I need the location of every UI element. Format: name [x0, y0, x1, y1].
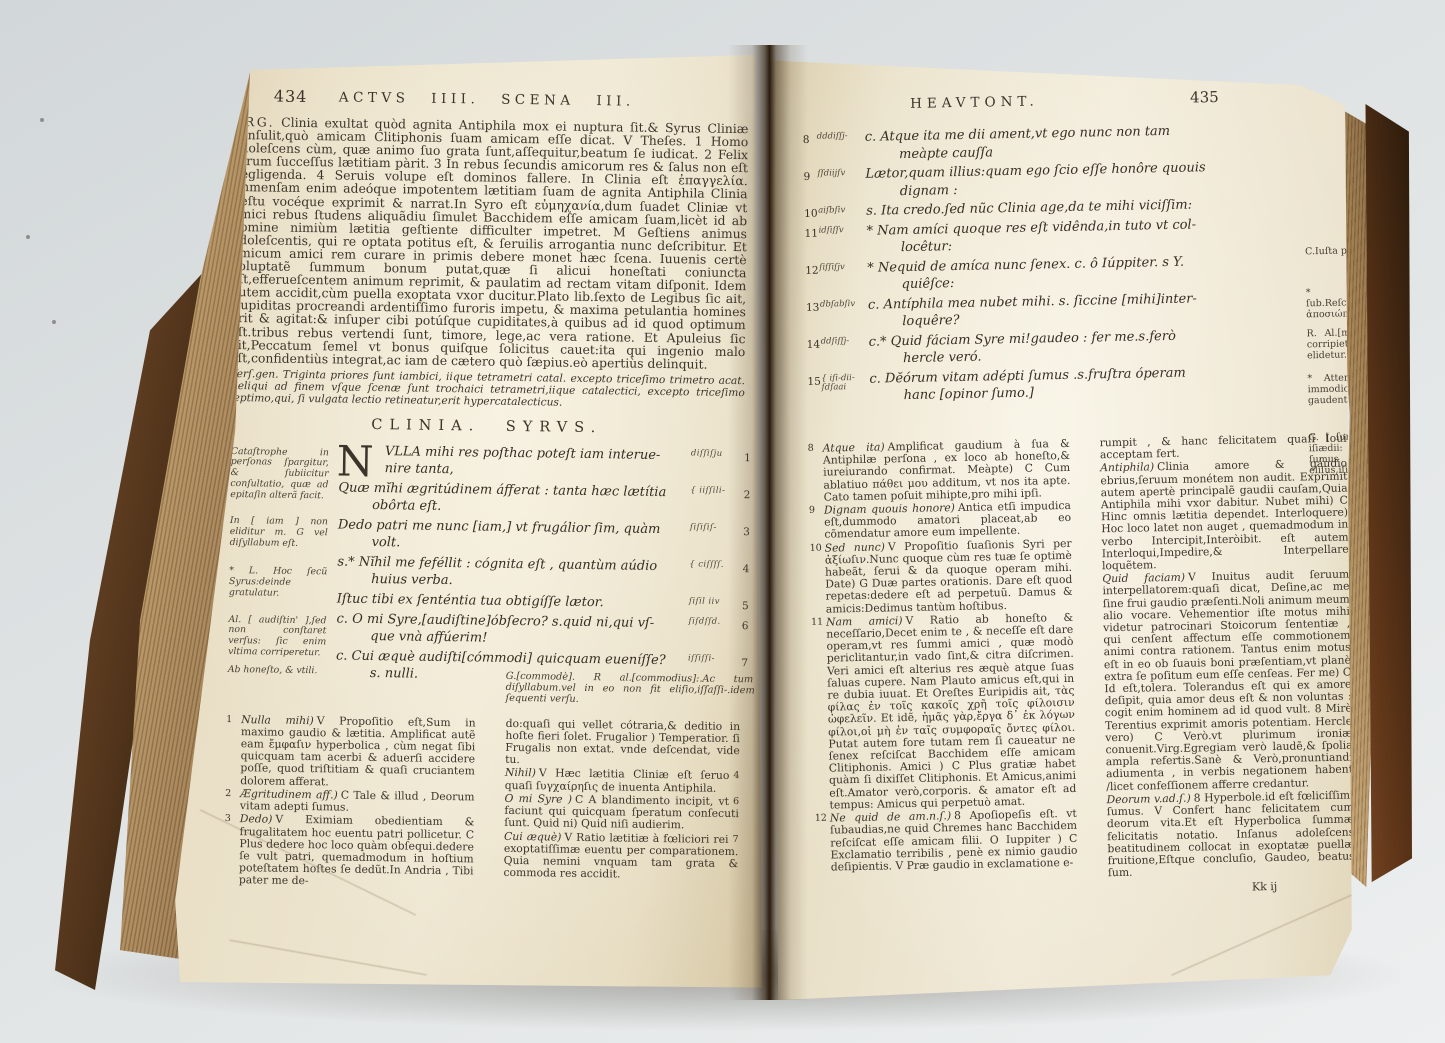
verse-line: 9 ſſdiijſv Lætor,quam illius:quam ego ſc…: [865, 158, 1246, 200]
left-running-header: 434 ACTVS IIII. SCENA III.: [234, 86, 749, 117]
verse-number: 14: [807, 336, 821, 354]
entry-text: do:quaſi qui vellet cótraria,& deditio i…: [505, 717, 740, 767]
verse-line: 13 dbſabſiv c. Antíphila mea nubet mihi.…: [868, 289, 1249, 331]
left-commentary: 1Nulla mihi)V Propoſitio eſt,Sum in maxi…: [223, 714, 740, 895]
entry-text: Clinia amore & gáudio ebrius,ſeruum moné…: [1100, 457, 1349, 572]
left-verse-block: Cataſtrophe in perſonas ſpargitur, & ſub…: [225, 441, 744, 708]
verse-line: 11 idſiſſv * Nam amíci quoque res eſt vi…: [866, 215, 1247, 257]
left-header-title: ACTVS IIII. SCENA III.: [339, 89, 635, 109]
verse-line: Dedo patri me nunc [iam,] vt frugálior ſ…: [338, 516, 686, 555]
left-commentary-column-2: do:quaſi qui vellet cótraria,& deditio i…: [487, 717, 740, 894]
argument-text: Clinia exultat quòd agnita Antiphila mox…: [230, 115, 748, 372]
right-header-title: HEAVTONT.: [910, 93, 1039, 111]
left-page-content: 434 ACTVS IIII. SCENA III. ARG.Clinia ex…: [223, 86, 749, 895]
entry-text: V Eximiam obedientiam & frugalitatem hoc…: [239, 813, 475, 887]
versification-note: Verſ.gen. Triginta priores ſunt iambici,…: [230, 368, 745, 411]
commentary-entry: Deorum v.ad.ſ.)8 Hyperbole.id eſt fœlici…: [1106, 789, 1355, 879]
verse-line: 14 ddſiſſj- c.* Quid fáciam Syre mi!gaud…: [869, 326, 1250, 368]
verse-text: Iſtuc tibi ex ſenténtia tua obtigíſſe læ…: [337, 590, 685, 612]
right-verse-block: 8 dddiſſj- c. Atque ita me dii ament,vt …: [865, 121, 1251, 428]
verse-line: s.* Nĭhil me feféllit : cógnita eſt , qu…: [337, 553, 685, 592]
entry-text: V Inuitus audit ſeruum interpellatorem:q…: [1102, 568, 1353, 793]
commentary-entry: Nihil)4V Hæc lætitia Cliniæ eſt ſeruo qu…: [505, 767, 740, 795]
commentary-entry: 10Sed nunc)V Propoſitio ſuaſionis Syri p…: [825, 537, 1073, 615]
right-commentary-column-2: rumpit , & hanc felicitatem quaſi Ioui a…: [1084, 433, 1355, 881]
verse-line: c. O mi Syre,[audiſtine]óbſecro? s.quid …: [336, 610, 684, 649]
verse-number: 15: [807, 373, 821, 391]
entry-text: V Propoſitio eſt,Sum in maximo gaudio & …: [240, 714, 475, 788]
dust-speck: [52, 320, 56, 324]
margin-note: * L. Hoc ſecũ Syrus:deinde gratulatur.: [229, 566, 327, 599]
scansion-marks: ſiſſiſjv: [819, 262, 863, 272]
right-verses: 8 dddiſſj- c. Atque ita me dii ament,vt …: [865, 121, 1250, 405]
entry-number: 10: [810, 542, 822, 554]
scansion-marks: ddſiſſj-: [821, 336, 865, 346]
scansion-marks: dddiſſj-: [817, 132, 861, 142]
scansion-marks: { iſi-dii- ſdſaai: [821, 373, 865, 392]
scansion-marks: ſſdiijſv: [817, 169, 861, 179]
left-commentary-column-1: 1Nulla mihi)V Propoſitio eſt,Sum in maxi…: [223, 714, 476, 891]
left-margin-notes: Cataſtrophe in perſonas ſpargitur, & ſub…: [228, 445, 329, 678]
entry-number: 11: [811, 616, 823, 628]
scansion-marks: idſiſſv: [818, 225, 862, 235]
scansion-marks: aiſbſiv: [818, 206, 862, 216]
page-crease: [229, 940, 426, 976]
commentary-entry: 9Dignam quouis honore)Antica etſi impudi…: [824, 500, 1072, 541]
entry-number: 9: [809, 505, 815, 517]
commentary-entry: 3Dedo)V Eximiam obedientiam & frugalitat…: [239, 813, 474, 889]
scene-heading: CLINIA. SYRVS.: [229, 415, 744, 438]
right-running-header: HEAVTONT. 435: [800, 88, 1340, 122]
left-page: 434 ACTVS IIII. SCENA III. ARG.Clinia ex…: [168, 52, 768, 1000]
dust-speck: [26, 235, 30, 239]
entry-number: 2: [225, 788, 231, 800]
verse-line: 8 dddiſſj- c. Atque ita me dii ament,vt …: [865, 121, 1246, 163]
commentary-entry: do:quaſi qui vellet cótraria,& deditio i…: [505, 718, 740, 770]
commentary-entry: Cui æquè)7V Ratio lætitiæ à fœliciori re…: [503, 830, 738, 882]
margin-note: In [ iam ] non eliditur m. G vel diſylla…: [230, 516, 328, 549]
verse-line: c. Cui æquè audiſti[cómmodi] quicquam eu…: [336, 647, 684, 686]
right-page: HEAVTONT. 435 8 dddiſſj- c. Atque ita me…: [762, 50, 1362, 1000]
margin-note: Ab honeſto, & vtili.: [228, 665, 326, 677]
scansion-marks: dbſabſiv: [820, 299, 864, 309]
entry-text: V Ratio ab honeſto & neceſſario,Decet en…: [826, 611, 1076, 812]
right-page-number: 435: [1190, 88, 1219, 107]
entry-text: V Hæc lætitia Cliniæ eſt ſeruo quaſi ſυγ…: [505, 767, 730, 795]
verse-line: 12 ſiſſiſjv * Nequid de amíca nunc ſenex…: [867, 252, 1248, 294]
commentary-entry: 1Nulla mihi)V Propoſitio eſt,Sum in maxi…: [240, 714, 475, 790]
left-verses: VLLA mihi res poſthac poteſt iam interue…: [336, 442, 744, 687]
verse-line: Iſtuc tibi ex ſenténtia tua obtigíſſe læ…: [337, 590, 685, 612]
commentary-entry: 11Nam amici)V Ratio ab honeſto & neceſſa…: [826, 612, 1077, 812]
verse-line: 15 { iſi-dii- ſdſaai c. Dĕórum vitam adé…: [869, 363, 1250, 405]
photo-of-open-antique-book: 434 ACTVS IIII. SCENA III. ARG.Clinia ex…: [0, 0, 1445, 1043]
right-commentary: 8Atque ita)Amplificat gaudium à ſua & An…: [807, 433, 1355, 887]
right-page-content: HEAVTONT. 435 8 dddiſſj- c. Atque ita me…: [800, 88, 1355, 903]
commentary-entry: 2Ægritudinem aff.)C Tale & illud , Deoru…: [240, 788, 475, 816]
commentary-entry: 12Ne quid de am.n.ſ.)8 Apoſiopeſis eſt. …: [830, 808, 1078, 874]
entry-number: 8: [808, 443, 814, 455]
commentary-entry: Quid faciam)V Inuitus audit ſeruum inter…: [1102, 569, 1353, 793]
right-commentary-column-1: 8Atque ita)Amplificat gaudium à ſua & An…: [807, 438, 1078, 886]
commentary-entry: 8Atque ita)Amplificat gaudium à ſua & An…: [823, 438, 1071, 504]
verse-line: VLLA mihi res poſthac poteſt iam interue…: [339, 442, 687, 481]
left-page-number: 434: [274, 87, 308, 106]
argument-paragraph: ARG.Clinia exultat quòd agnita Antiphila…: [230, 115, 748, 371]
book-gutter: [728, 45, 808, 1000]
margin-note: Cataſtrophe in perſonas ſpargitur, & ſub…: [230, 447, 329, 502]
entry-number: 12: [815, 813, 827, 825]
commentary-entry: O mi Syre )6C A blandimento incipit, vt …: [504, 793, 739, 833]
entry-number: 1: [226, 714, 232, 726]
dust-speck: [40, 118, 44, 122]
commentary-entry: Antiphila)Clinia amore & gáudio ebrius,ſ…: [1100, 458, 1349, 573]
margin-note: Al. [ audiſtin' ],ſed non conſtaret verſ…: [228, 614, 327, 658]
verse-line: Quæ mĭhi ægritúdinem áfferat : tanta hæc…: [338, 479, 686, 518]
